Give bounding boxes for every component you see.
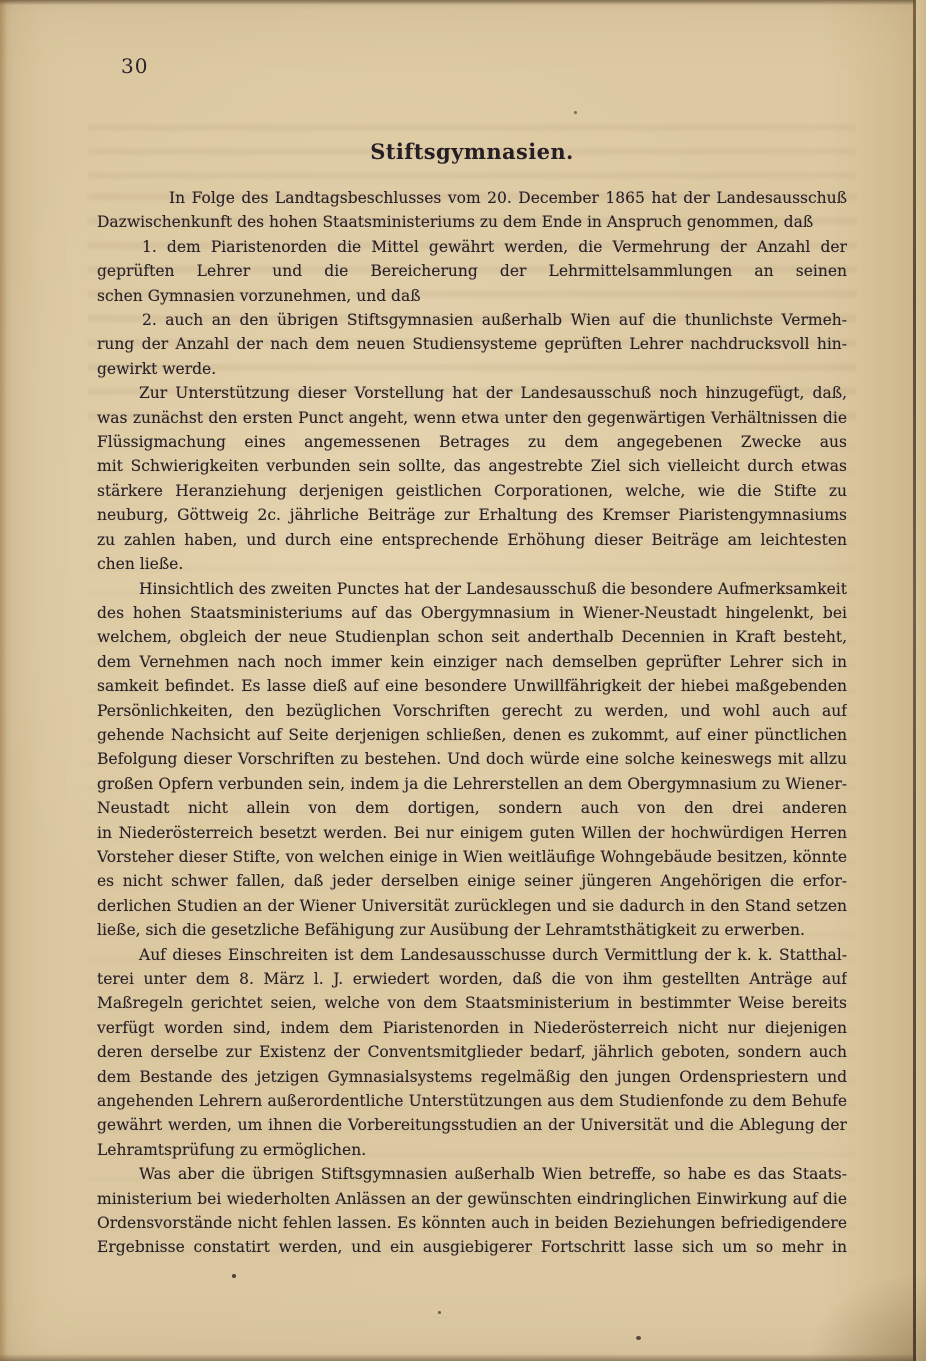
text-line: Persönlichkeiten, den bezüglichen Vorsch… [97, 699, 847, 723]
text-line: 2. auch an den übrigen Stiftsgymnasien a… [97, 308, 847, 332]
text-line: deren derselbe zur Existenz der Convents… [97, 1040, 847, 1064]
text-line: Dazwischenkunft des hohen Staatsminister… [97, 210, 847, 234]
text-line: Maßregeln gerichtet seien, welche von de… [97, 991, 847, 1015]
paragraph: Hinsichtlich des zweiten Punctes hat der… [97, 577, 847, 943]
section-heading: Stiftsgymnasien. [97, 139, 847, 165]
body-text: In Folge des Landtagsbeschlusses vom 20.… [97, 186, 847, 1260]
paragraph: 2. auch an den übrigen Stiftsgymnasien a… [97, 308, 847, 381]
text-line: 1. dem Piaristenorden die Mittel gewährt… [97, 235, 847, 259]
text-line: verfügt worden sind, indem dem Piaristen… [97, 1016, 847, 1040]
text-line: Hinsichtlich des zweiten Punctes hat der… [97, 577, 847, 601]
text-line: schen Gymnasien vorzunehmen, und daß [97, 284, 847, 308]
paper-speck [636, 1336, 641, 1340]
text-line: Befolgung dieser Vorschriften zu bestehe… [97, 747, 847, 771]
text-line: Ergebnisse constatirt werden, und ein au… [97, 1235, 847, 1259]
text-line: mit Schwierigkeiten verbunden sein sollt… [97, 454, 847, 478]
scan-edge-left [0, 0, 7, 1361]
text-line: was zunächst den ersten Punct angeht, we… [97, 406, 847, 430]
text-line: Vorsteher dieser Stifte, von welchen ein… [97, 845, 847, 869]
text-line: In Folge des Landtagsbeschlusses vom 20.… [97, 186, 847, 210]
paragraph: 1. dem Piaristenorden die Mittel gewährt… [97, 235, 847, 308]
text-line: ministerium bei wiederholten Anlässen an… [97, 1187, 847, 1211]
text-line: gewirkt werde. [97, 357, 847, 381]
scan-edge-bottom [0, 1354, 926, 1361]
text-line: Lehramtsprüfung zu ermöglichen. [97, 1138, 847, 1162]
text-line: Zur Unterstützung dieser Vorstellung hat… [97, 381, 847, 405]
text-line: angehenden Lehrern außerordentliche Unte… [97, 1089, 847, 1113]
text-line: dem Bestande des jetzigen Gymnasialsyste… [97, 1065, 847, 1089]
text-line: Flüssigmachung eines angemessenen Betrag… [97, 430, 847, 454]
text-line: rung der Anzahl der nach dem neuen Studi… [97, 332, 847, 356]
text-line: chen ließe. [97, 552, 847, 576]
text-line: in Niederösterreich besetzt werden. Bei … [97, 821, 847, 845]
paper-speck [232, 1274, 236, 1278]
text-line: Neustadt nicht allein von dem dortigen, … [97, 796, 847, 820]
text-line: stärkere Heranziehung derjenigen geistli… [97, 479, 847, 503]
text-line: geprüften Lehrer und die Bereicherung de… [97, 259, 847, 283]
scanned-book-page: 30 Stiftsgymnasien. In Folge des Landtag… [0, 0, 926, 1361]
text-line: gewährt werden, um ihnen die Vorbereitun… [97, 1113, 847, 1137]
text-line: Auf dieses Einschreiten ist dem Landesau… [97, 943, 847, 967]
corner-shadow [806, 1271, 926, 1361]
scan-edge-top [0, 0, 926, 5]
paragraph: Auf dieses Einschreiten ist dem Landesau… [97, 943, 847, 1163]
text-line: großen Opfern verbunden sein, indem ja d… [97, 772, 847, 796]
paragraph: In Folge des Landtagsbeschlusses vom 20.… [97, 186, 847, 235]
text-block: Stiftsgymnasien. In Folge des Landtagsbe… [97, 139, 847, 1260]
text-line: ließe, sich die gesetzliche Befähigung z… [97, 918, 847, 942]
text-line: Was aber die übrigen Stiftsgymnasien auß… [97, 1162, 847, 1186]
paper-speck [574, 111, 577, 114]
text-line: derlichen Studien an der Wiener Universi… [97, 894, 847, 918]
text-line: zu zahlen haben, und durch eine entsprec… [97, 528, 847, 552]
text-line: des hohen Staatsministeriums auf das Obe… [97, 601, 847, 625]
text-line: neuburg, Göttweig 2c. jährliche Beiträge… [97, 503, 847, 527]
text-line: welchem, obgleich der neue Studienplan s… [97, 625, 847, 649]
text-line: terei unter dem 8. März l. J. erwiedert … [97, 967, 847, 991]
paragraph: Zur Unterstützung dieser Vorstellung hat… [97, 381, 847, 576]
text-line: es nicht schwer fallen, daß jeder dersel… [97, 869, 847, 893]
text-line: samkeit befindet. Es lasse dieß auf eine… [97, 674, 847, 698]
page-number: 30 [121, 54, 148, 78]
text-line: Ordensvorstände nicht fehlen lassen. Es … [97, 1211, 847, 1235]
text-line: gehende Nachsicht auf Seite derjenigen s… [97, 723, 847, 747]
page-edge-strip [916, 0, 926, 1361]
paragraph: Was aber die übrigen Stiftsgymnasien auß… [97, 1162, 847, 1260]
text-line: dem Vernehmen nach noch immer kein einzi… [97, 650, 847, 674]
paper-speck [438, 1311, 441, 1314]
